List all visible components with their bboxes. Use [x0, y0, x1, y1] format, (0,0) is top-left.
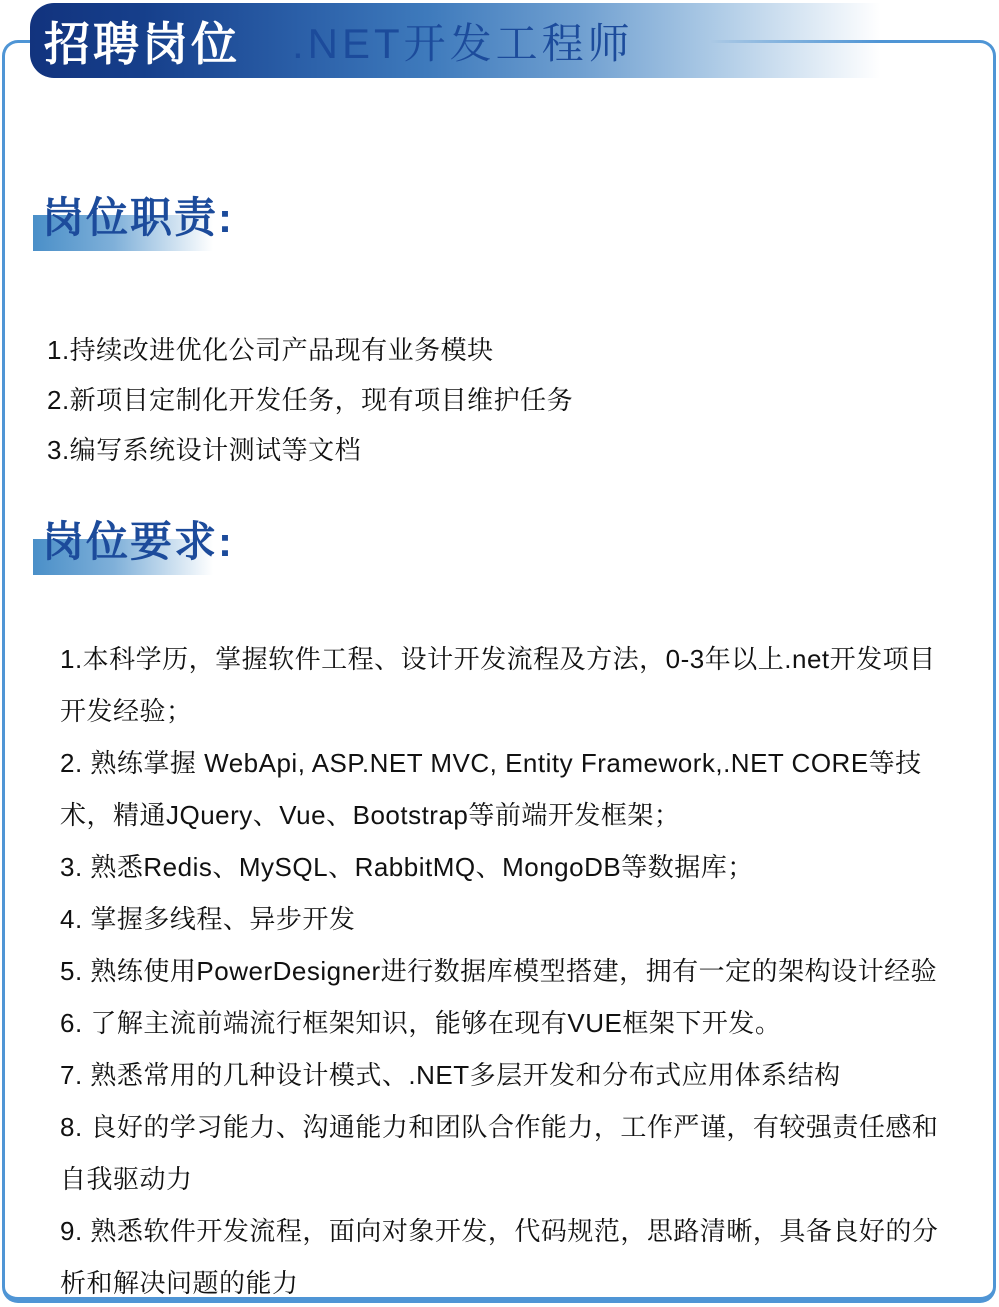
requirement-item: 7. 熟悉常用的几种设计模式、.NET多层开发和分布式应用体系结构 — [60, 1049, 975, 1101]
requirements-heading-text: 岗位要求: — [33, 513, 234, 571]
requirement-item: 9. 熟悉软件开发流程，面向对象开发，代码规范，思路清晰，具备良好的分 析和解决… — [60, 1205, 975, 1307]
section-heading-requirements: 岗位要求: — [33, 513, 234, 575]
requirement-item: 5. 熟练使用PowerDesigner进行数据库模型搭建，拥有一定的架构设计经… — [60, 945, 975, 997]
requirement-item: 8. 良好的学习能力、沟通能力和团队合作能力，工作严谨，有较强责任感和 自我驱动… — [60, 1101, 975, 1205]
requirement-item: 2. 熟练掌握 WebApi, ASP.NET MVC, Entity Fram… — [60, 737, 975, 841]
requirement-item: 4. 掌握多线程、异步开发 — [60, 893, 975, 945]
header-band: 招聘岗位 .NET开发工程师 — [30, 3, 975, 78]
job-title: .NET开发工程师 — [292, 11, 634, 71]
responsibility-item: 1.持续改进优化公司产品现有业务模块 — [47, 325, 573, 375]
responsibilities-list: 1.持续改进优化公司产品现有业务模块 2.新项目定制化开发任务，现有项目维护任务… — [47, 325, 573, 475]
requirement-item: 1.本科学历，掌握软件工程、设计开发流程及方法，0-3年以上.net开发项目 开… — [60, 633, 975, 737]
content-card: 岗位职责: 1.持续改进优化公司产品现有业务模块 2.新项目定制化开发任务，现有… — [2, 40, 996, 1303]
section-heading-responsibilities: 岗位职责: — [33, 189, 234, 251]
recruitment-badge-label: 招聘岗位 — [44, 8, 240, 74]
requirements-list: 1.本科学历，掌握软件工程、设计开发流程及方法，0-3年以上.net开发项目 开… — [60, 633, 975, 1307]
responsibilities-heading-text: 岗位职责: — [33, 189, 234, 247]
requirement-item: 6. 了解主流前端流行框架知识，能够在现有VUE框架下开发。 — [60, 997, 975, 1049]
requirement-item: 3. 熟悉Redis、MySQL、RabbitMQ、MongoDB等数据库； — [60, 841, 975, 893]
responsibility-item: 2.新项目定制化开发任务，现有项目维护任务 — [47, 375, 573, 425]
responsibility-item: 3.编写系统设计测试等文档 — [47, 425, 573, 475]
